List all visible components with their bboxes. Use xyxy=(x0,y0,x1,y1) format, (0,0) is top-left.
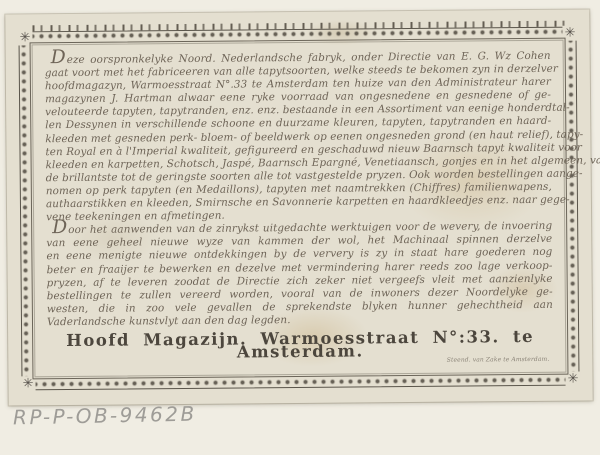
text-line: bestellingen te zullen vereerd worden, v… xyxy=(47,285,553,303)
footer-address-line: Hoofd Magazijn. Warmoesstraat N°:33. te … xyxy=(47,330,553,361)
text-line: pryzen, af te leveren zoodat de Directie… xyxy=(47,272,553,290)
text-line: beter en fraaijer te bewerken en dezelve… xyxy=(46,259,552,277)
text-line: en eene menigte nieuwe ontdekkingen by d… xyxy=(46,246,552,264)
border-band-right xyxy=(566,28,578,385)
text-line: Deze oorspronkelyke Noord. Nederlandsche… xyxy=(45,50,551,68)
text-line: vene teekeningen en afmetingen. xyxy=(46,207,552,225)
inner-rule-frame: Deze oorspronkelyke Noord. Nederlandsche… xyxy=(30,38,569,380)
text-line: authaarstikken en kleeden, Smirnsche en … xyxy=(46,194,552,212)
scanned-page: ✳ ✳ ✳ ✳ Deze oorspronkelyke Noord. Neder… xyxy=(0,0,600,455)
text-line: Door het aanwenden van de zinrykst uitge… xyxy=(46,220,552,238)
ornate-border-frame: ✳ ✳ ✳ ✳ Deze oorspronkelyke Noord. Neder… xyxy=(18,27,579,391)
text-line: magazynen J. Hartman alwaar eene ryke vo… xyxy=(45,89,551,107)
text-line: nomen op perk tapyten (en Medaillons), t… xyxy=(46,181,552,199)
text-line: westen, die in zoo vele gevallen de spre… xyxy=(47,299,553,317)
inventory-number-annotation: RP-P-OB-9462B xyxy=(13,401,243,430)
lithographer-imprint: Steend. van Zake te Amsterdam. xyxy=(47,356,553,367)
text-line: Vaderlandsche kunstvlyt aan den dag legd… xyxy=(47,312,553,330)
document-body: Deze oorspronkelyke Noord. Nederlandsche… xyxy=(45,50,554,373)
text-line: hoofdmagazyn, Warmoesstraat N°.33 te Ams… xyxy=(45,76,551,94)
text-line: kleeden en karpetten, Schotsch, Jaspé, B… xyxy=(46,155,552,173)
document-paper: ✳ ✳ ✳ ✳ Deze oorspronkelyke Noord. Neder… xyxy=(5,9,592,405)
text-line: de brillantste tot de geringste soorten … xyxy=(46,168,552,186)
text-line: ten Royal en à l'Imperial kwaliteit, gef… xyxy=(45,141,551,159)
text-line: velouteerde tapyten, tapytranden, enz. e… xyxy=(45,102,551,120)
text-line: van eene geheel nieuwe wyze van kammen d… xyxy=(46,233,552,251)
text-line: gaat voort met het fabriceeren van alle … xyxy=(45,63,551,81)
text-line: kleeden met gesneden perk- bloem- of bee… xyxy=(45,128,551,146)
text-line: len Dessynen in verschillende schoone en… xyxy=(45,115,551,133)
